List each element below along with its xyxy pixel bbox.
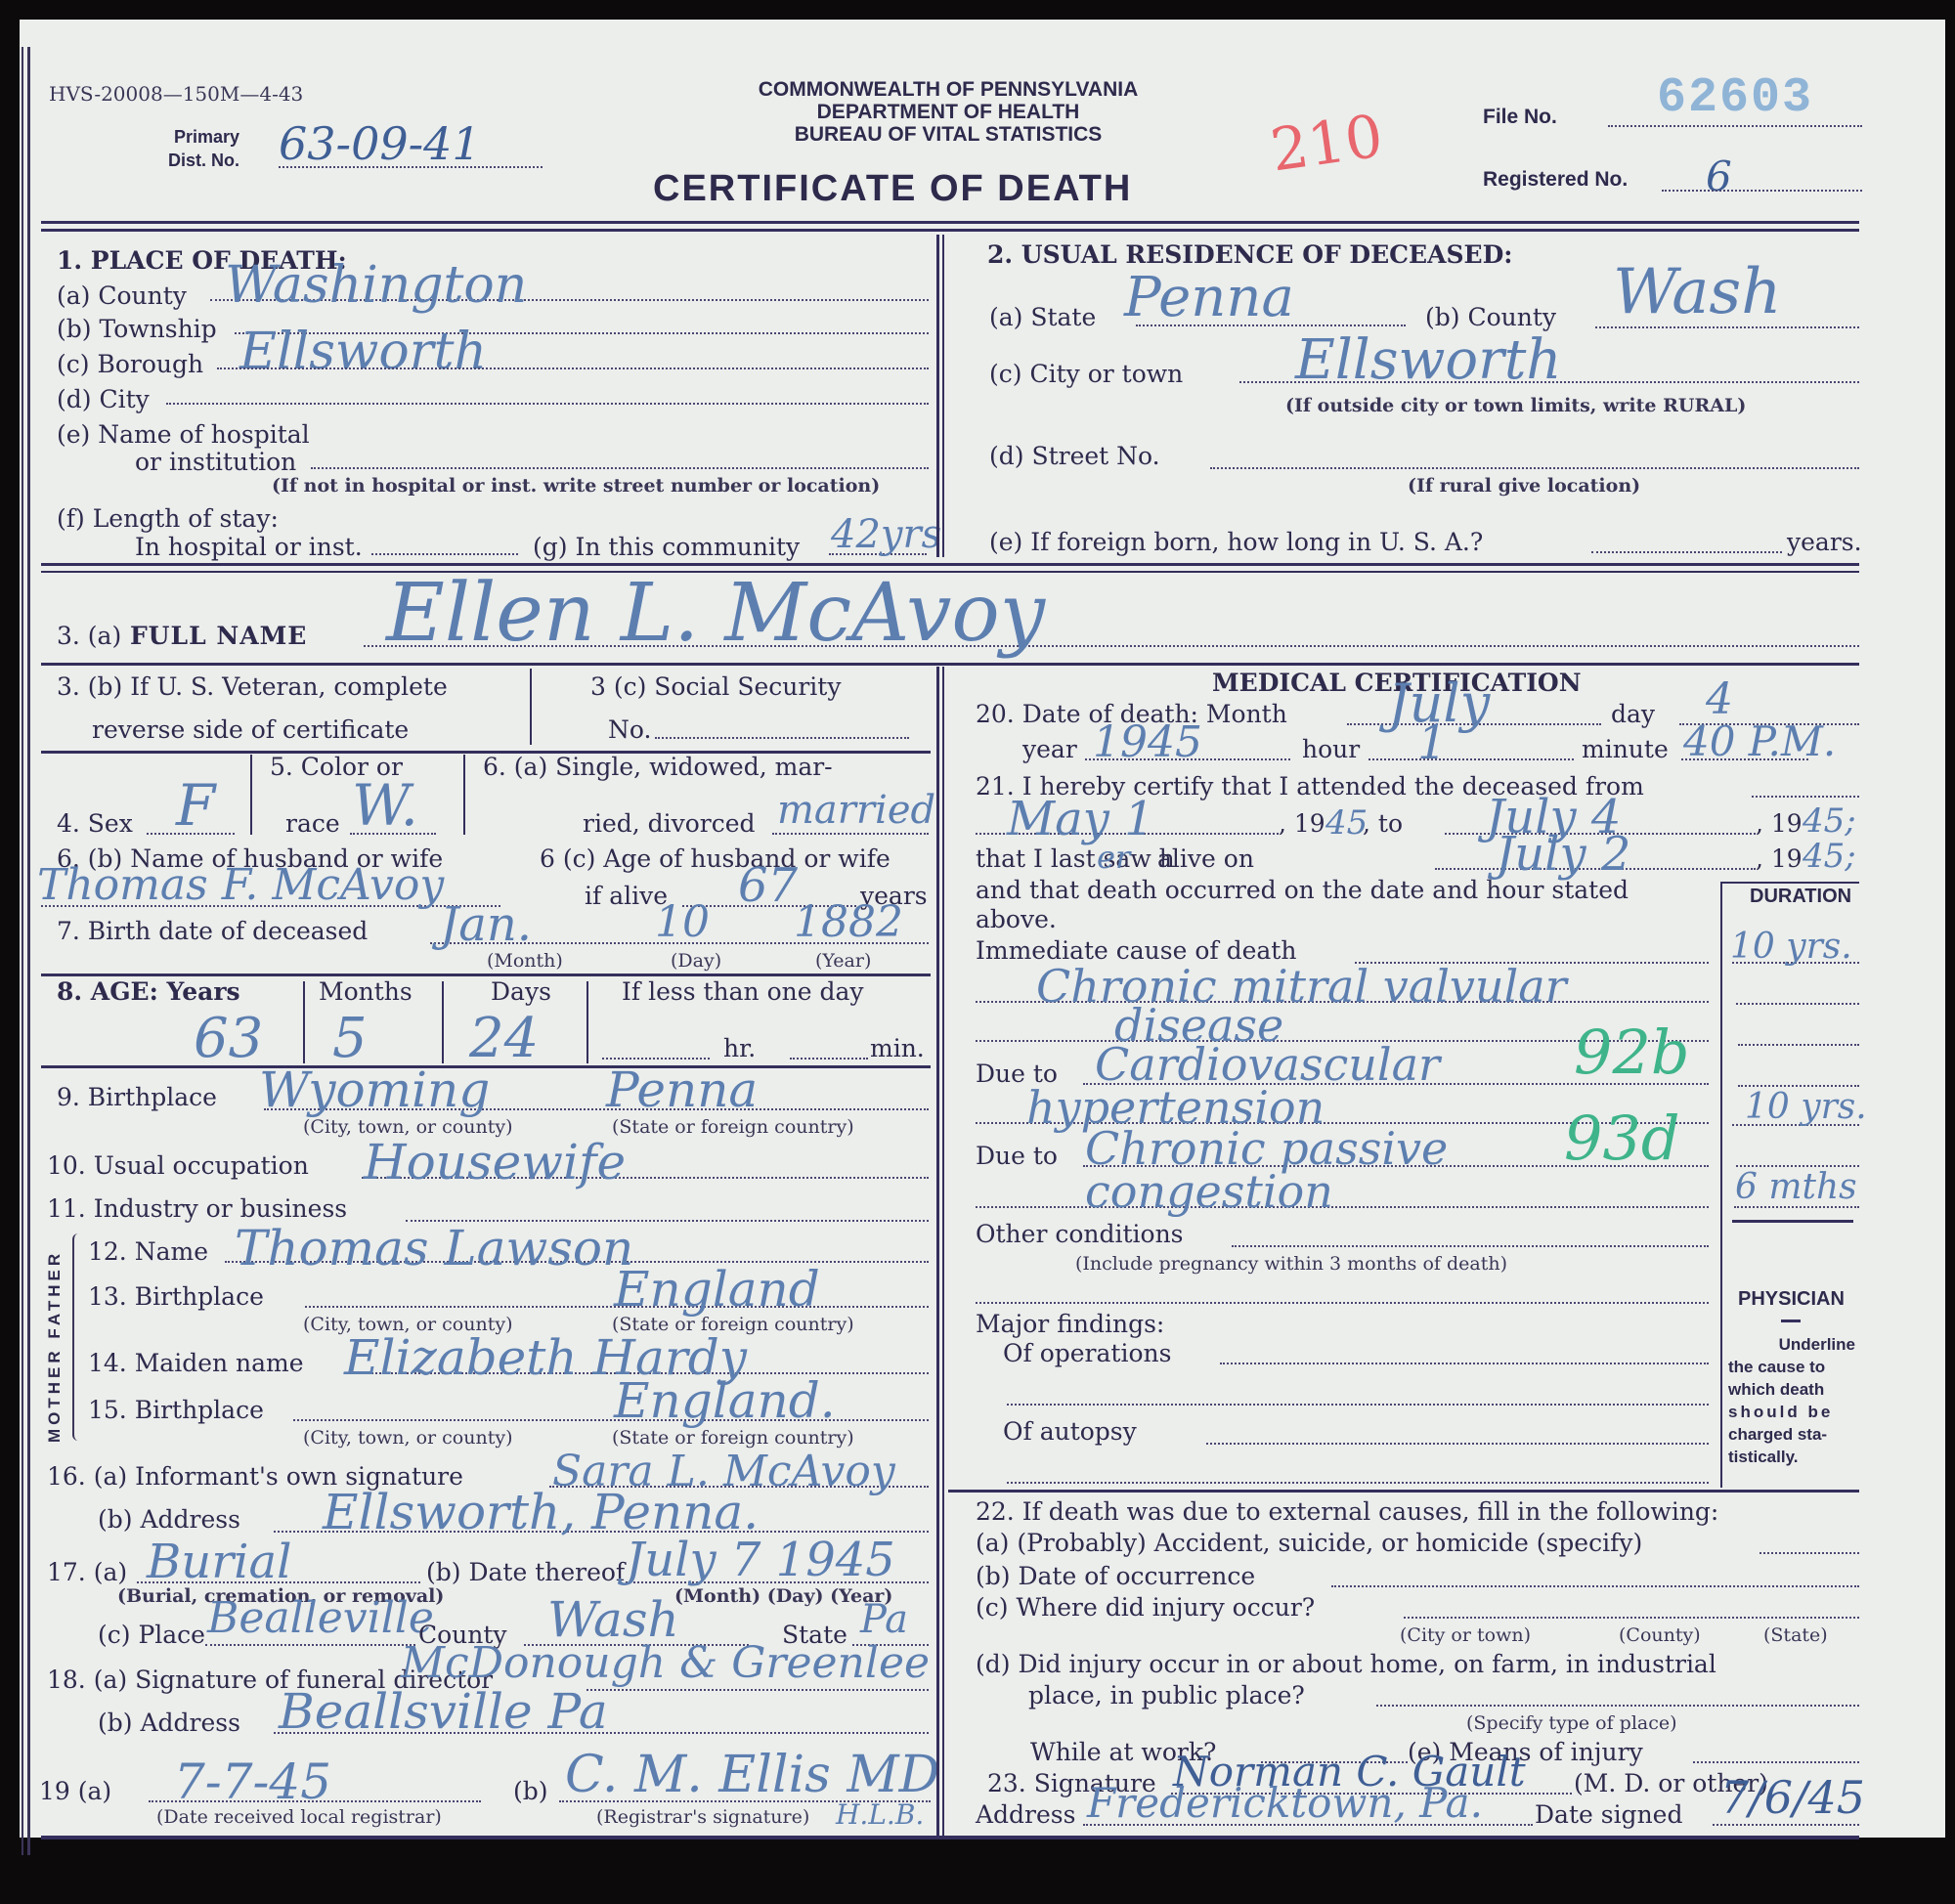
main-column-divider xyxy=(936,667,939,1839)
external-d-2: place, in public place? xyxy=(1028,1681,1305,1709)
last-saw: July 2 xyxy=(1496,827,1630,882)
page-title: CERTIFICATE OF DEATH xyxy=(653,168,1132,210)
due-2-line-2: congestion xyxy=(1085,1165,1333,1218)
physician-address: Fredericktown, Pa. xyxy=(1087,1779,1483,1827)
file-no-label: File No. xyxy=(1483,106,1557,129)
place-county-value: Washington xyxy=(225,256,527,315)
township-label: (b) Township xyxy=(57,315,217,343)
birthplace-state-note: (State or foreign country) xyxy=(612,1116,854,1138)
left-margin-rule-2 xyxy=(27,47,30,1855)
father-birthplace-value: England xyxy=(614,1261,820,1318)
file-no-line xyxy=(1608,125,1862,127)
external-c-note-state: (State) xyxy=(1763,1624,1828,1646)
sex-value: F xyxy=(176,772,215,839)
rule-before-age xyxy=(41,974,931,976)
stay-label: (f) Length of stay: xyxy=(57,504,279,533)
agency-name: COMMONWEALTH OF PENNSYLVANIA DEPARTMENT … xyxy=(626,78,1271,146)
death-hour: 1 xyxy=(1417,715,1448,770)
mother-father-side-label: MOTHER FATHER xyxy=(45,1250,65,1443)
last-saw-label-2: alive on xyxy=(1157,844,1254,873)
primary-dist-no: 63-09-41 xyxy=(279,117,481,170)
duration-line-2 xyxy=(1736,1003,1859,1005)
age-divider-3 xyxy=(586,981,588,1063)
duration-line-3 xyxy=(1738,1044,1859,1046)
date-signed-label: Date signed xyxy=(1535,1800,1682,1829)
full-name-value: Ellen L. McAvoy xyxy=(386,567,1045,660)
duration-box-top xyxy=(1722,882,1859,884)
burial-state: Pa xyxy=(860,1597,908,1642)
green-code-1: 92b xyxy=(1574,1017,1690,1088)
rule-after-residence-1 xyxy=(41,563,1859,566)
operations-label: Of operations xyxy=(1003,1339,1171,1367)
res-street-label: (d) Street No. xyxy=(989,442,1160,470)
autopsy-line-2 xyxy=(1007,1482,1709,1484)
burial-place: Bealleville xyxy=(207,1593,434,1643)
hour-label: hour xyxy=(1302,735,1360,763)
res-street-note: (If rural give location) xyxy=(1408,475,1640,497)
city-line xyxy=(166,403,929,405)
marital-value: married xyxy=(777,788,935,833)
hospital-line xyxy=(311,467,929,469)
operations-line xyxy=(1220,1363,1709,1364)
primary-dist-line xyxy=(279,166,543,168)
res-foreign-line xyxy=(1591,551,1782,553)
other-conditions-note: (Include pregnancy within 3 months of de… xyxy=(1075,1253,1507,1275)
stay-hospital-label: In hospital or inst. xyxy=(135,533,363,561)
funeral-address-label: (b) Address xyxy=(98,1709,240,1737)
ssn-label-1: 3 (c) Social Security xyxy=(590,672,841,701)
informant-address-label: (b) Address xyxy=(98,1505,240,1534)
attended-to-19: , 19 xyxy=(1756,809,1803,838)
death-minute: 40 P.M. xyxy=(1683,717,1836,765)
registered-no-line xyxy=(1662,190,1862,192)
res-county-value: Wash xyxy=(1613,256,1781,328)
last-saw-label-1: that I last saw h xyxy=(976,844,1175,873)
residence-heading: 2. USUAL RESIDENCE OF DECEASED: xyxy=(987,240,1513,269)
operations-line-2 xyxy=(1007,1404,1709,1406)
res-state-label: (a) State xyxy=(989,303,1096,331)
city-label: (d) City xyxy=(57,385,150,413)
last-saw-her: er xyxy=(1097,839,1130,876)
rule-after-name xyxy=(41,663,1859,666)
autopsy-label: Of autopsy xyxy=(1003,1417,1137,1446)
external-c-note-county: (County) xyxy=(1619,1624,1701,1646)
ssn-label-2: No. xyxy=(608,715,651,744)
occurred-label-2: above. xyxy=(976,905,1057,933)
duration-heading: DURATION xyxy=(1750,886,1851,908)
marital-line xyxy=(772,833,929,835)
registered-no: 6 xyxy=(1706,152,1732,200)
mother-birthplace-label: 15. Birthplace xyxy=(88,1396,264,1424)
autopsy-line xyxy=(1206,1443,1709,1445)
age-less-label: If less than one day xyxy=(622,977,864,1006)
occurred-label-1: and that death occurred on the date and … xyxy=(976,876,1629,904)
color-divider xyxy=(463,755,465,835)
external-b-line xyxy=(1331,1585,1859,1587)
funeral-line xyxy=(586,1689,929,1691)
borough-line xyxy=(217,368,929,369)
res-years-label: years. xyxy=(1787,528,1862,556)
birthplace-label: 9. Birthplace xyxy=(57,1083,217,1111)
stay-community-value: 42yrs xyxy=(831,512,941,557)
place-township-value: Ellsworth xyxy=(239,323,487,381)
birth-month-label: (Month) xyxy=(487,950,563,972)
ssn-line xyxy=(655,737,909,739)
birth-year-label: (Year) xyxy=(815,950,871,972)
header-rule-top xyxy=(41,221,1859,224)
due-to-label-2: Due to xyxy=(976,1142,1058,1170)
attended-to-label: , to xyxy=(1363,809,1403,838)
mother-state-note: (State or foreign country) xyxy=(612,1427,854,1449)
min-label: min. xyxy=(870,1034,925,1062)
spouse-age-value: 67 xyxy=(738,858,798,913)
mother-maiden-label: 14. Maiden name xyxy=(88,1349,304,1377)
physician-address-label: Address xyxy=(976,1800,1075,1829)
spouse-age-label-1: 6 (c) Age of husband or wife xyxy=(540,844,891,873)
physician-note: Underline the cause to which death shoul… xyxy=(1728,1333,1855,1468)
duration-1: 10 yrs. xyxy=(1730,927,1852,967)
primary-dist-label: Primary Dist. No. xyxy=(168,125,239,172)
death-year: 1945 xyxy=(1093,717,1202,767)
age-months-label: Months xyxy=(319,977,413,1006)
funeral-address: Beallsville Pa xyxy=(279,1683,608,1740)
footer-rule xyxy=(41,1836,1859,1839)
marital-label-1: 6. (a) Single, widowed, mar- xyxy=(483,753,833,781)
burial-value: Burial xyxy=(147,1535,291,1589)
father-name-label: 12. Name xyxy=(88,1237,208,1266)
full-name-label: 3. (a) FULL NAME xyxy=(57,622,307,650)
father-birthplace-label: 13. Birthplace xyxy=(88,1282,264,1311)
registrar-label: (b) xyxy=(513,1777,548,1805)
external-d-line xyxy=(1376,1705,1859,1707)
age-divider-2 xyxy=(442,981,444,1063)
age-days-label: Days xyxy=(491,977,551,1006)
mother-city-note: (City, town, or county) xyxy=(303,1427,513,1449)
duration-underline xyxy=(1732,1220,1853,1223)
res-state-value: Penna xyxy=(1124,266,1294,329)
stay-community-label: (g) In this community xyxy=(533,533,800,561)
external-c: (c) Where did injury occur? xyxy=(976,1593,1315,1622)
veteran-label-1: 3. (b) If U. S. Veteran, complete xyxy=(57,672,448,701)
veteran-label-2: reverse side of certificate xyxy=(92,715,409,744)
header-rule-bottom xyxy=(41,229,1859,232)
external-a-line xyxy=(1759,1552,1859,1554)
father-name-value: Thomas Lawson xyxy=(235,1220,633,1277)
date-signed-line xyxy=(1713,1824,1859,1826)
external-c-note-city: (City or town) xyxy=(1400,1624,1531,1646)
hr-label: hr. xyxy=(723,1034,756,1062)
registered-no-label: Registered No. xyxy=(1483,168,1628,192)
borough-label: (c) Borough xyxy=(57,350,203,378)
date-signed: 7/6/45 xyxy=(1720,1771,1865,1824)
minute-label: minute xyxy=(1582,735,1669,763)
registrar-initials: H.L.B. xyxy=(836,1798,924,1831)
burial-date: July 7 1945 xyxy=(626,1533,895,1587)
sex-divider xyxy=(250,755,252,835)
major-findings-label: Major findings: xyxy=(976,1310,1164,1338)
attended-from-year: 45 xyxy=(1325,803,1368,843)
birth-label: 7. Birth date of deceased xyxy=(57,917,368,945)
occupation-value: Housewife xyxy=(364,1134,626,1190)
section-divider-2 xyxy=(942,235,944,557)
birthplace-city: Wyoming xyxy=(259,1061,490,1118)
external-c-line xyxy=(1404,1617,1859,1619)
registrar-note: (Registrar's signature) xyxy=(596,1806,809,1828)
color-label-2: race xyxy=(285,809,340,838)
res-foreign-label: (e) If foreign born, how long in U. S. A… xyxy=(989,528,1483,556)
received-date: 7-7-45 xyxy=(174,1753,331,1810)
hospital-label-2: or institution xyxy=(135,448,296,476)
last-saw-19: , 19 xyxy=(1756,844,1803,873)
res-street-line xyxy=(1210,467,1859,469)
duration-box-divider xyxy=(1720,882,1722,1488)
parents-brace xyxy=(72,1233,82,1441)
industry-label: 11. Industry or business xyxy=(47,1194,347,1223)
age-divider-1 xyxy=(303,981,305,1063)
external-heading: 22. If death was due to external causes,… xyxy=(976,1497,1718,1526)
attended-to-year: 45; xyxy=(1803,801,1856,841)
stay-hospital-line xyxy=(371,553,518,555)
external-d-note: (Specify type of place) xyxy=(1466,1712,1677,1734)
burial-place-line xyxy=(205,1644,415,1646)
left-margin-rule xyxy=(22,47,23,1855)
burial-date-label: (b) Date thereof xyxy=(426,1558,625,1586)
hospital-label-1: (e) Name of hospital xyxy=(57,420,310,449)
last-saw-year: 45; xyxy=(1803,837,1856,876)
registrar-signature: C. M. Ellis MD xyxy=(565,1746,939,1804)
age-label: 8. AGE: Years xyxy=(57,977,240,1006)
funeral-signature: McDonough & Greenlee xyxy=(401,1638,930,1688)
day-label: day xyxy=(1611,700,1655,728)
birthplace-state: Penna xyxy=(606,1061,758,1118)
burial-label: 17. (a) xyxy=(47,1558,127,1586)
sex-label: 4. Sex xyxy=(57,809,133,838)
res-city-value: Ellsworth xyxy=(1295,328,1561,392)
physician-dash xyxy=(1781,1320,1801,1322)
age-years-value: 63 xyxy=(194,1007,263,1070)
duration-2: 10 yrs. xyxy=(1745,1087,1867,1127)
res-city-label: (c) City or town xyxy=(989,360,1183,388)
duration-3: 6 mths xyxy=(1735,1167,1857,1207)
other-conditions-line xyxy=(1232,1245,1709,1247)
other-conditions-line-2 xyxy=(976,1302,1709,1304)
received-note: (Date received local registrar) xyxy=(156,1806,442,1828)
received-label: 19 (a) xyxy=(39,1777,111,1805)
file-no-stamp: 62603 xyxy=(1657,70,1813,126)
physician-heading: PHYSICIAN xyxy=(1738,1288,1845,1311)
res-city-note: (If outside city or town limits, write R… xyxy=(1285,395,1746,416)
external-b: (b) Date of occurrence xyxy=(976,1562,1255,1590)
hospital-note: (If not in hospital or inst. write stree… xyxy=(272,475,880,497)
color-value: W. xyxy=(352,772,418,839)
burial-place-label: (c) Place xyxy=(98,1621,205,1649)
county-label: (a) County xyxy=(57,281,187,310)
section-divider xyxy=(936,235,939,557)
birth-year: 1882 xyxy=(794,897,903,947)
birth-month: Jan. xyxy=(440,897,532,952)
year-label: year xyxy=(1022,735,1077,763)
external-a: (a) (Probably) Accident, suicide, or hom… xyxy=(976,1529,1642,1557)
veteran-divider xyxy=(530,669,532,745)
mother-birthplace-value: England. xyxy=(614,1372,836,1429)
age-hr-line xyxy=(602,1058,710,1060)
res-county-label: (b) County xyxy=(1425,303,1556,331)
external-e-line xyxy=(1693,1761,1859,1763)
certify-line xyxy=(1752,796,1859,798)
occupation-label: 10. Usual occupation xyxy=(47,1151,309,1180)
age-min-line xyxy=(790,1058,868,1060)
rule-before-external xyxy=(948,1490,1859,1493)
marital-label-2: ried, divorced xyxy=(583,809,756,838)
attended-from-19: , 19 xyxy=(1279,809,1325,838)
other-conditions-label: Other conditions xyxy=(976,1220,1184,1248)
green-code-2: 93d xyxy=(1564,1103,1680,1174)
birth-day-label: (Day) xyxy=(671,950,721,972)
birth-day: 10 xyxy=(655,897,710,947)
attended-from: May 1 xyxy=(1007,792,1154,846)
spouse-value: Thomas F. McAvoy xyxy=(37,860,444,910)
external-d-1: (d) Did injury occur in or about home, o… xyxy=(976,1650,1716,1678)
main-column-divider-2 xyxy=(942,667,944,1839)
death-hour-line xyxy=(1368,758,1574,760)
form-code: HVS-20008—150M—4-43 xyxy=(49,82,303,106)
